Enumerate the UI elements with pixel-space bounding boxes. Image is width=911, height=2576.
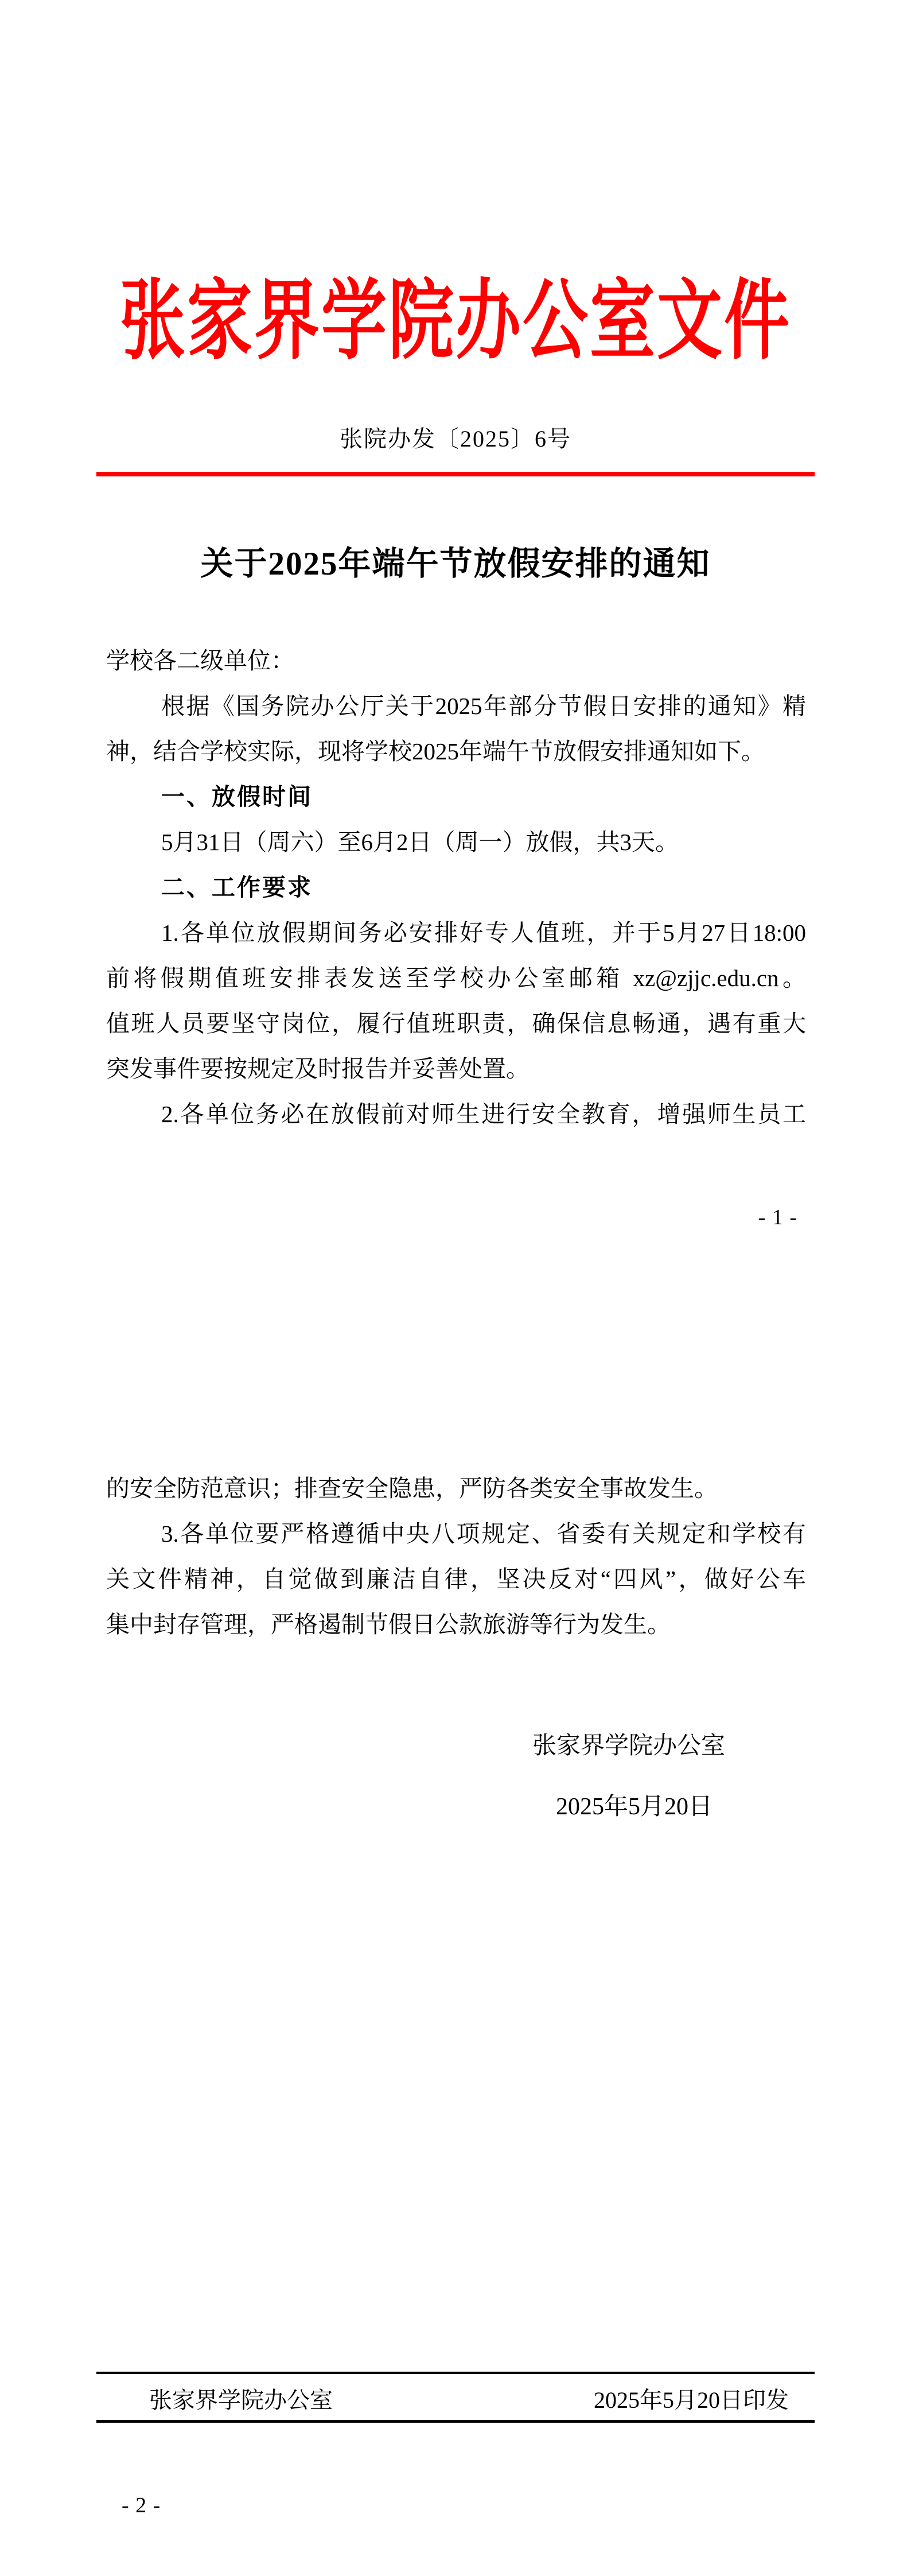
body-line: 关文件精神，自觉做到廉洁自律，坚决反对“四风”，做好公车 — [106, 1561, 806, 1597]
body-line: 的安全防范意识；排查安全隐患，严防各类安全事故发生。 — [106, 1471, 806, 1506]
body-line: 2.各单位务必在放假前对师生进行安全教育，增强师生员工 — [106, 1096, 806, 1132]
body-line-salutation: 学校各二级单位： — [106, 643, 806, 678]
red-letterhead-title: 张家界学院办公室文件 — [0, 261, 911, 382]
colophon-top-rule — [96, 2372, 815, 2374]
page-number-2: - 2 - — [122, 2491, 161, 2520]
red-letterhead-text: 张家界学院办公室文件 — [120, 261, 791, 382]
body-line-holiday-dates: 5月31日（周六）至6月2日（周一）放假，共3天。 — [106, 824, 806, 860]
body-line: 神，结合学校实际，现将学校2025年端午节放假安排通知如下。 — [106, 734, 806, 769]
body-line: 集中封存管理，严格遏制节假日公款旅游等行为发生。 — [106, 1607, 806, 1642]
colophon-print-date: 2025年5月20日印发 — [594, 2383, 789, 2418]
body-line: 3.各单位要严格遵循中央八项规定、省委有关规定和学校有 — [106, 1516, 806, 1551]
body-line-email: 前将假期值班安排表发送至学校办公室邮箱 xz@zjjc.edu.cn。 — [106, 960, 806, 996]
notice-title: 关于2025年端午节放假安排的通知 — [0, 542, 911, 585]
colophon-bottom-rule — [96, 2420, 815, 2423]
body-line: 值班人员要坚守岗位，履行值班职责，确保信息畅通，遇有重大 — [106, 1006, 806, 1041]
page-number-1: - 1 - — [758, 1203, 797, 1232]
signature-organization: 张家界学院办公室 — [532, 1729, 725, 1763]
colophon-issuer: 张家界学院办公室 — [149, 2383, 333, 2418]
section-heading-2: 二、工作要求 — [106, 870, 806, 905]
document-number: 张院办发〔2025〕6号 — [0, 422, 911, 456]
signature-date: 2025年5月20日 — [556, 1790, 713, 1824]
section-heading-1: 一、放假时间 — [106, 779, 806, 814]
red-separator-rule — [96, 472, 815, 476]
body-line: 1.各单位放假期间务必安排好专人值班，并于5月27日18:00 — [106, 915, 806, 951]
body-line: 根据《国务院办公厅关于2025年部分节假日安排的通知》精 — [106, 688, 806, 724]
official-document-page: 张家界学院办公室文件 张院办发〔2025〕6号 关于2025年端午节放假安排的通… — [0, 0, 911, 2576]
body-line: 突发事件要按规定及时报告并妥善处置。 — [106, 1051, 806, 1087]
colophon-row: 张家界学院办公室 2025年5月20日印发 — [149, 2383, 789, 2418]
